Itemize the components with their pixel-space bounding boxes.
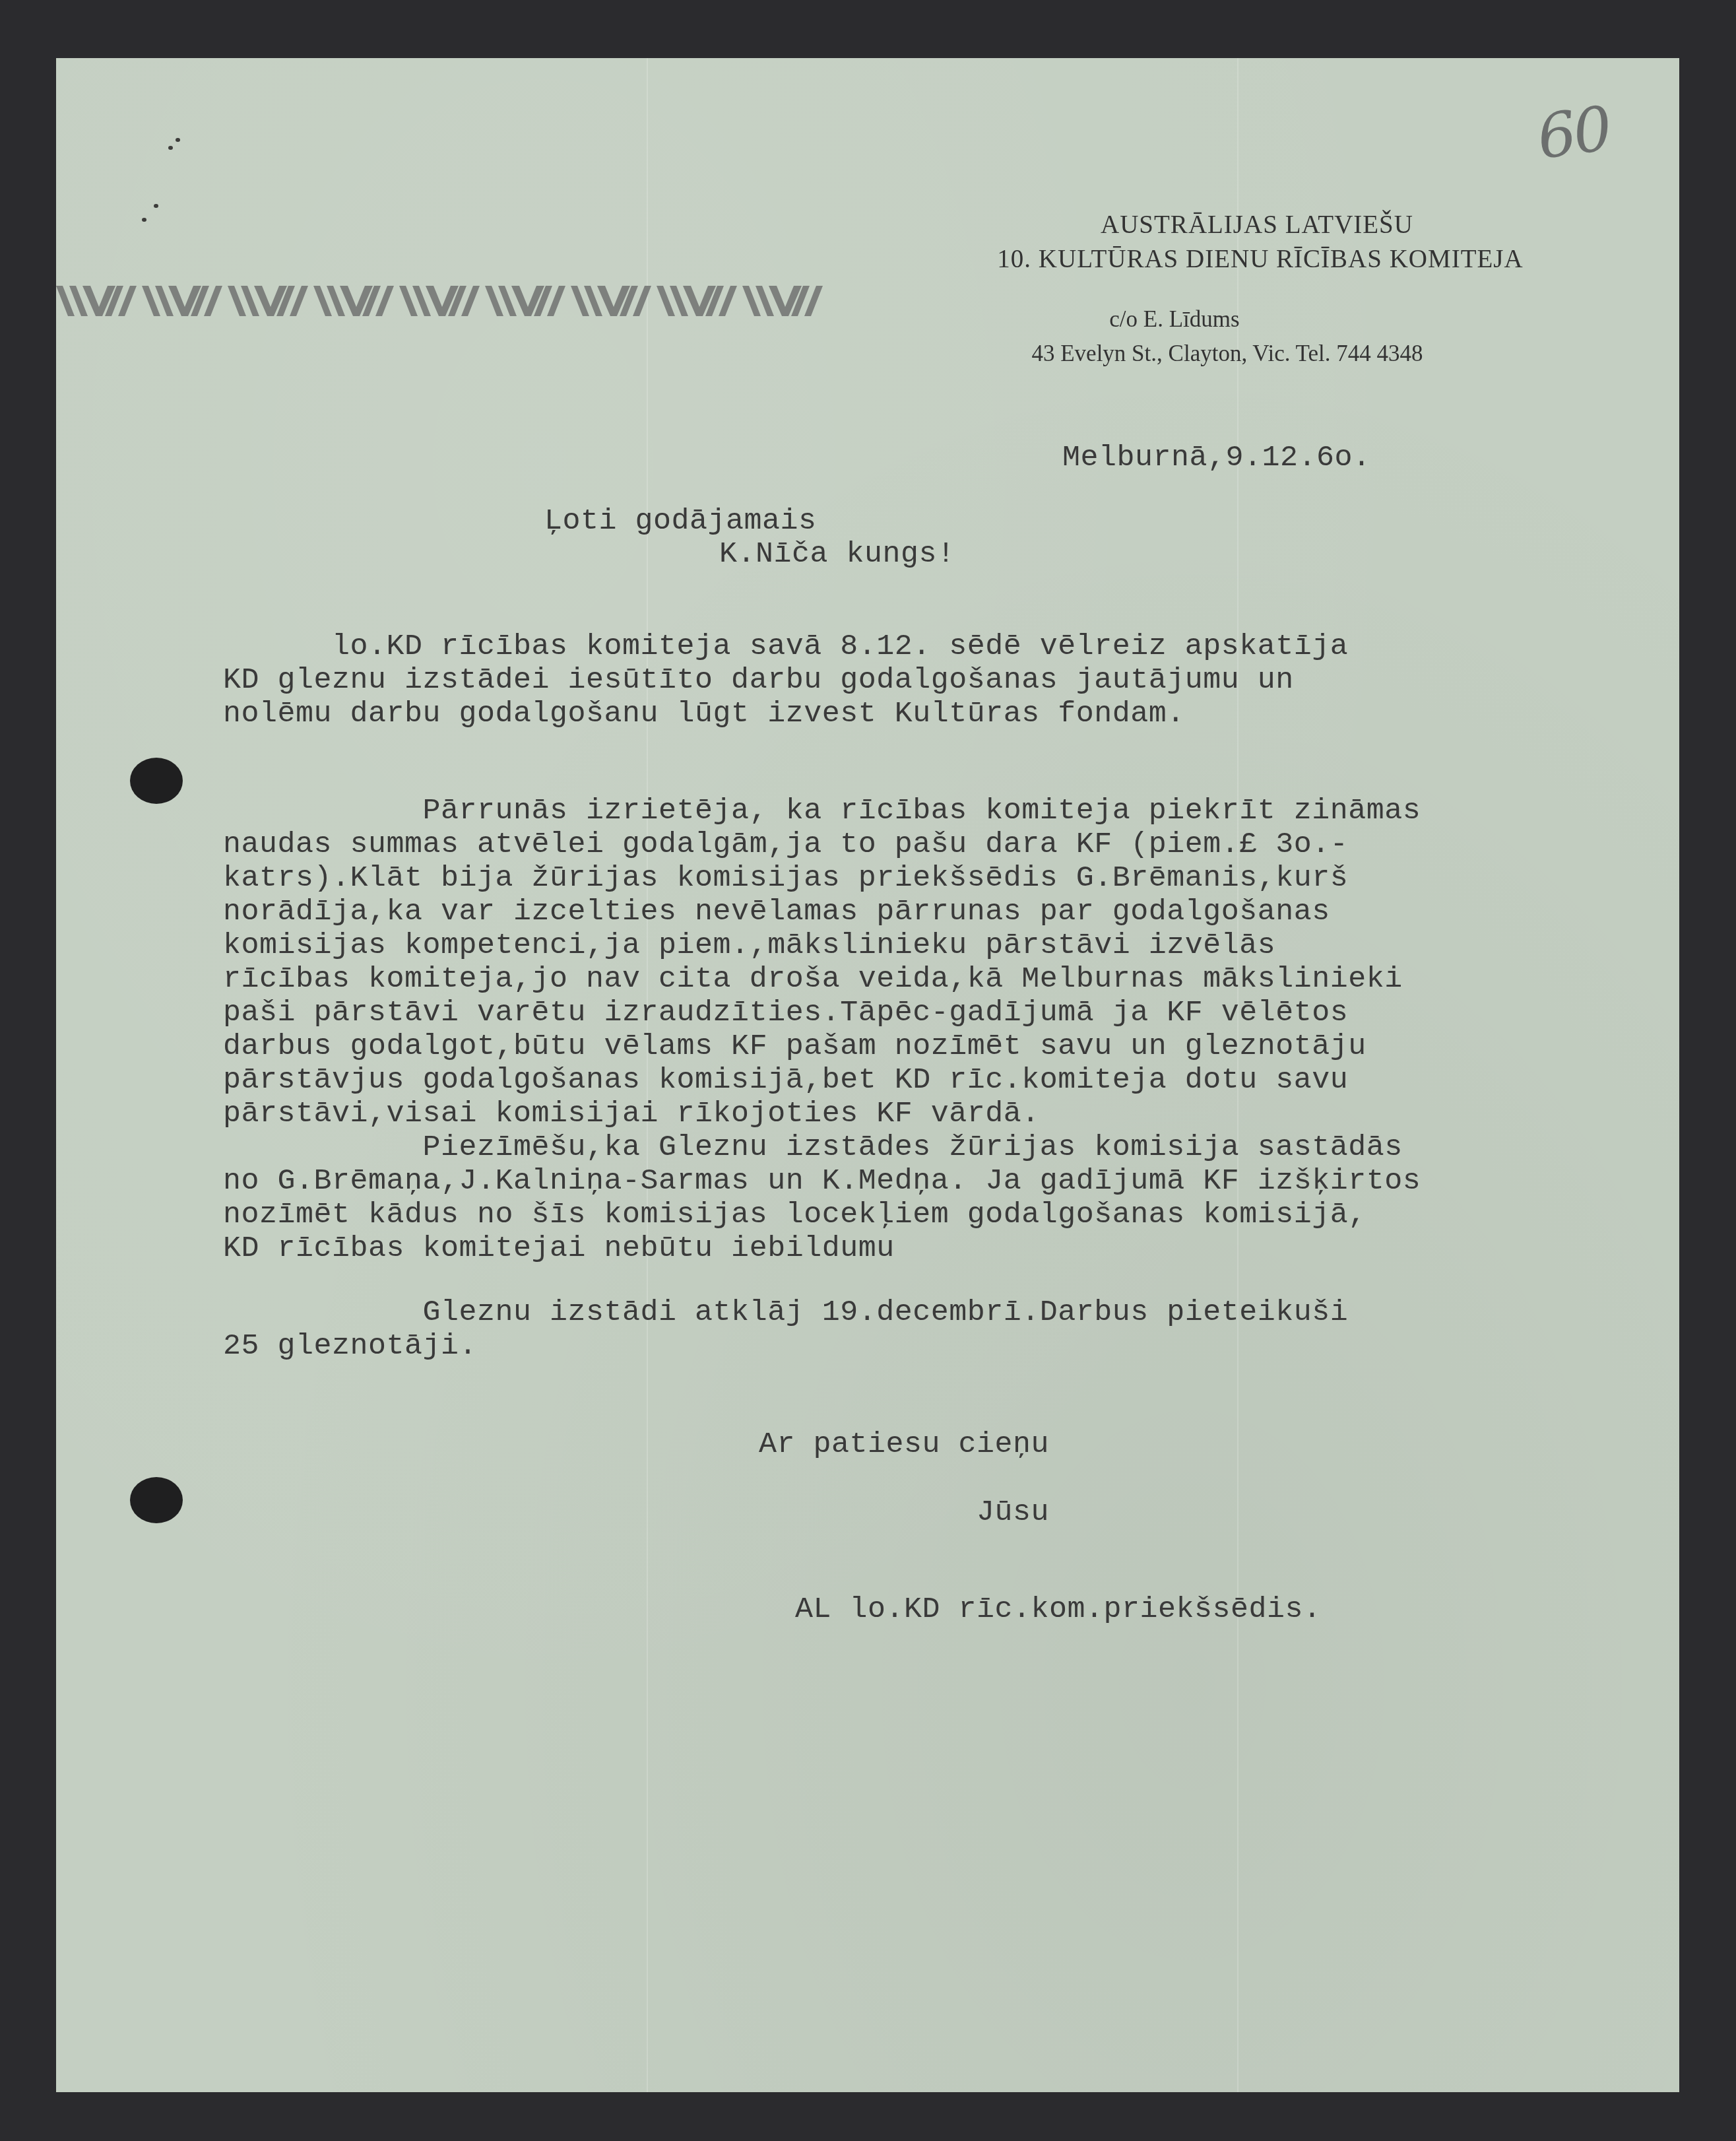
paragraph-line: no G.Brēmaņa,J.Kalniņa-Sarmas un K.Medņa… [223,1164,1421,1198]
paragraph-line: KD gleznu izstādei iesūtīto darbu godalg… [223,663,1294,697]
paragraph-line: KD rīcības komitejai nebūtu iebildumu [223,1232,895,1265]
paragraph-line: lo.KD rīcības komiteja savā 8.12. sēdē v… [223,630,1348,663]
ink-speck [142,218,146,222]
salutation-line-2: K.Nīča kungs! [719,537,955,571]
paragraph-line: rīcības komiteja,jo nav cita droša veida… [223,962,1403,996]
folio-number: 60 [1533,93,1614,173]
ink-speck [176,138,180,142]
signature-title: AL lo.KD rīc.kom.priekšsēdis. [795,1593,1322,1626]
letterhead-care-of: c/o E. Līdums [977,306,1372,333]
paragraph-line: darbus godalgot,būtu vēlams KF pašam noz… [223,1030,1366,1063]
paragraph-line: pārstāvjus godalgošanas komisijā,bet KD … [223,1063,1348,1097]
closing-phrase: Ar patiesu cieņu [759,1428,1049,1461]
paragraph-line: nolēmu darbu godalgošanu lūgt izvest Kul… [223,697,1185,731]
salutation-line-1: Ļoti godājamais [544,504,817,538]
paragraph-line: Pārrunās izrietēja, ka rīcības komiteja … [223,794,1421,828]
paragraph-line: norādīja,ka var izcelties nevēlamas pārr… [223,895,1330,929]
letterhead-org-line-2: 10. KULTŪRAS DIENU RĪCĪBAS KOMITEJA [930,244,1590,274]
ink-speck [168,146,173,150]
ink-speck [154,204,158,208]
letter-page: 60 AUSTRĀLIJAS LATVIEŠU 10. KULTŪRAS DIE… [56,58,1679,2092]
paragraph-line: nozīmēt kādus no šīs komisijas locekļiem… [223,1198,1366,1232]
paragraph-line: katrs).Klāt bija žūrijas komisijas priek… [223,861,1348,895]
punch-hole [130,1477,183,1523]
letterhead-address: 43 Evelyn St., Clayton, Vic. Tel. 744 43… [930,341,1524,367]
paragraph-line: paši pārstāvi varētu izraudzīties.Tāpēc-… [223,996,1348,1030]
decorative-border-ornament [56,286,823,316]
date-line: Melburnā,9.12.6o. [1062,441,1371,475]
paragraph-line: pārstāvi,visai komisijai rīkojoties KF v… [223,1097,1040,1131]
paragraph-line: Piezīmēšu,ka Gleznu izstādes žūrijas kom… [223,1131,1403,1164]
paragraph-line: naudas summas atvēlei godalgām,ja to paš… [223,828,1348,861]
closing-yours: Jūsu [977,1496,1049,1529]
paragraph-line: 25 gleznotāji. [223,1329,477,1363]
paragraph-line: Gleznu izstādi atklāj 19.decembrī.Darbus… [223,1296,1348,1329]
letterhead-org-line-1: AUSTRĀLIJAS LATVIEŠU [1043,210,1471,240]
paragraph-line: komisijas kompetenci,ja piem.,māksliniek… [223,929,1275,962]
punch-hole [130,758,183,804]
